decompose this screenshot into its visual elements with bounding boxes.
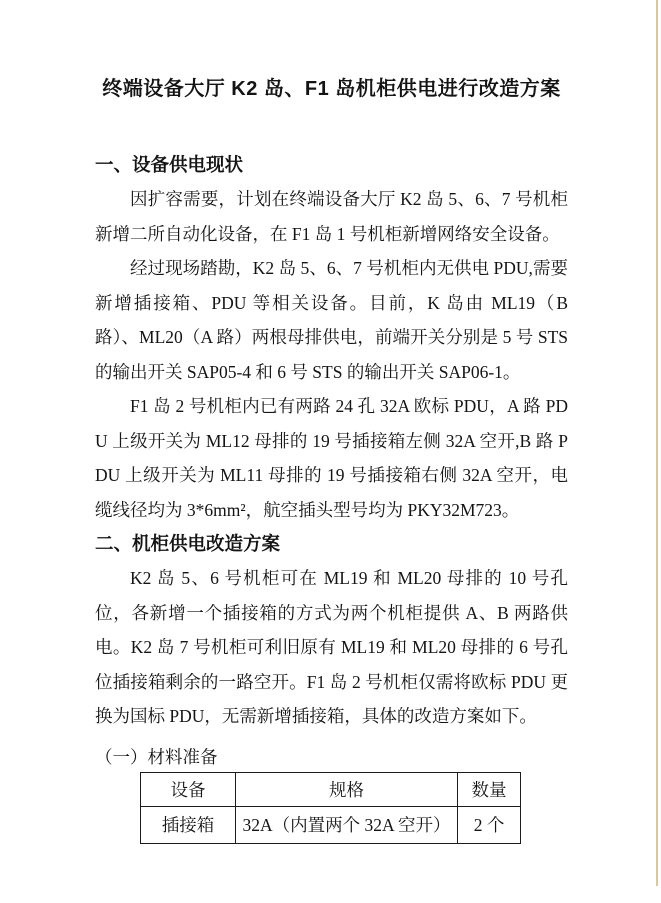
table-row: 插接箱 32A（内置两个 32A 空开） 2 个 xyxy=(141,806,521,843)
body-paragraph: F1 岛 2 号机柜内已有两路 24 孔 32A 欧标 PDU，A 路 PDU … xyxy=(95,389,568,527)
page-title: 终端设备大厅 K2 岛、F1 岛机柜供电进行改造方案 xyxy=(95,74,568,104)
table-cell-spec: 32A（内置两个 32A 空开） xyxy=(236,806,458,843)
table-cell-quantity: 2 个 xyxy=(458,806,521,843)
body-paragraph: K2 岛 5、6 号机柜可在 ML19 和 ML20 母排的 10 号孔位，各新… xyxy=(95,561,568,734)
table-header-row: 设备 规格 数量 xyxy=(141,772,521,806)
body-paragraph: 因扩容需要，计划在终端设备大厅 K2 岛 5、6、7 号机柜新增二所自动化设备，… xyxy=(95,182,568,251)
page-edge-line xyxy=(656,0,658,886)
table-header-quantity: 数量 xyxy=(458,772,521,806)
materials-table: 设备 规格 数量 插接箱 32A（内置两个 32A 空开） 2 个 xyxy=(140,772,521,844)
table-cell-device: 插接箱 xyxy=(141,806,236,843)
document-page: 终端设备大厅 K2 岛、F1 岛机柜供电进行改造方案 一、设备供电现状 因扩容需… xyxy=(0,0,661,903)
body-paragraph: 经过现场踏勘，K2 岛 5、6、7 号机柜内无供电 PDU,需要新增插接箱、PD… xyxy=(95,251,568,389)
section-heading-2: 二、机柜供电改造方案 xyxy=(95,531,568,557)
section-heading-1: 一、设备供电现状 xyxy=(95,152,568,178)
table-header-device: 设备 xyxy=(141,772,236,806)
table-header-spec: 规格 xyxy=(236,772,458,806)
subsection-heading-materials: （一）材料准备 xyxy=(95,744,568,770)
document-content: 终端设备大厅 K2 岛、F1 岛机柜供电进行改造方案 一、设备供电现状 因扩容需… xyxy=(95,0,568,844)
